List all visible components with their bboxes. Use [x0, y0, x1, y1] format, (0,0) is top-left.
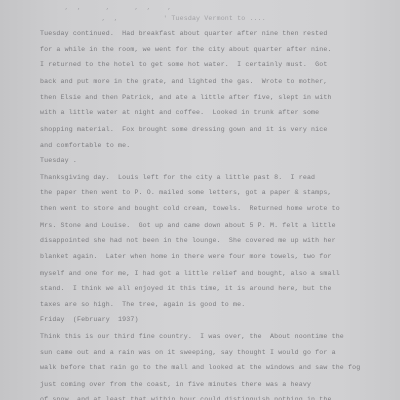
text-line: Tuesday .: [40, 156, 77, 166]
text-line: of snow, and at least that within hour c…: [40, 395, 332, 400]
text-line: blanket again. Later when home in there …: [40, 252, 332, 262]
text-line: sun came out and a rain was on it sweepi…: [40, 348, 336, 358]
text-line: , , ' Tuesday Vermont to ....: [40, 14, 266, 24]
text-line: Thanksgiving day. Louis left for the cit…: [40, 173, 315, 183]
text-line: taxes are so high. The tree, again is go…: [40, 300, 245, 310]
text-line: for a while in the room, we went for the…: [40, 45, 332, 55]
text-line: just coming over from the coast, in five…: [40, 380, 311, 390]
text-line: the paper then went to P. O. mailed some…: [40, 188, 332, 198]
text-line: Friday (February 1937): [40, 315, 139, 325]
text-line: Tuesday continued. Had breakfast about q…: [40, 29, 327, 39]
text-line: with a little water at night and coffee.…: [40, 108, 319, 118]
text-line: back and put more in the grate, and ligh…: [40, 77, 327, 87]
text-line: Mrs. Stone and Louise. Got up and came d…: [40, 221, 336, 231]
text-line: I returned to the hotel to get some hot …: [40, 60, 327, 70]
text-line: disappointed she had not been in the lou…: [40, 236, 336, 246]
text-line: Think this is our third fine country. I …: [40, 332, 344, 342]
typewritten-diary-page: , , , , , , , , ' Tuesday Vermont to ...…: [0, 0, 400, 400]
text-line: then Elsie and then Patrick, and ate a l…: [40, 93, 332, 103]
text-line: walk before that rain go to the mall and…: [40, 363, 360, 373]
text-line: then went to store and bought cold cream…: [40, 204, 340, 214]
text-line: , , , , , ,: [40, 3, 217, 13]
text-line: shopping material. Fox brought some dres…: [40, 125, 327, 135]
text-line: stand. I think we all enjoyed it this ti…: [40, 284, 332, 294]
text-line: myself and one for me, I had got a littl…: [40, 269, 340, 279]
text-line: and comfortable to me.: [40, 141, 130, 151]
